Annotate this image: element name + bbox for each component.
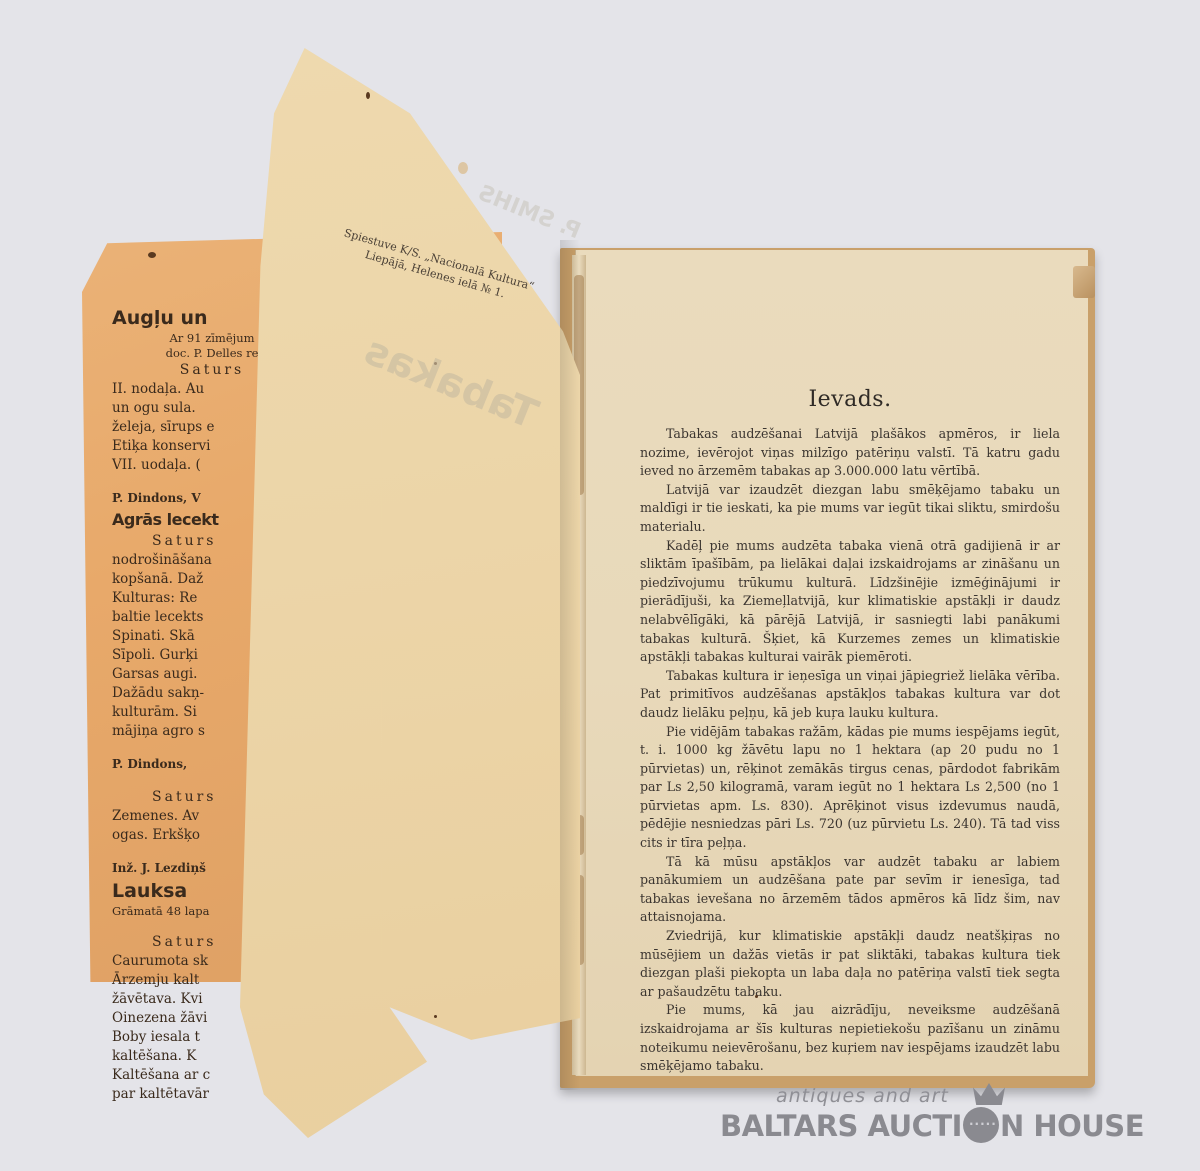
- ink-dot: [755, 995, 758, 998]
- ink-spot: [366, 92, 370, 99]
- dog-eared-corner: [1073, 266, 1095, 298]
- paragraph: Pie mums, kā jau aizrādīju, neveiksme au…: [640, 1001, 1060, 1075]
- page-title: Ievads.: [640, 385, 1060, 415]
- foxing-spot: [458, 162, 468, 174]
- paragraph: Pie vidējām tabakas ražām, kādas pie mum…: [640, 723, 1060, 853]
- intro-page-text: Ievads. Tabakas audzēšanai Latvijā plašā…: [640, 385, 1060, 1076]
- paragraph: Tabakas kultura ir ieņesīga un viņai jāp…: [640, 667, 1060, 723]
- paragraph: Latvijā var izaudzēt diezgan labu smēķēj…: [640, 481, 1060, 537]
- photo-scene: Augļu unAr 91 zīmējumdoc. P. Delles reSa…: [0, 0, 1200, 1171]
- logo-o-icon: [963, 1107, 999, 1143]
- paragraph: Kadēļ pie mums audzēta tabaka vienā otrā…: [640, 537, 1060, 667]
- ink-spot: [148, 252, 156, 258]
- paragraph: Tabakas audzēšanai Latvijā plašākos apmē…: [640, 425, 1060, 481]
- auction-house-watermark: antiques and art BALTARS AUCTIN HOUSE: [720, 1085, 1140, 1165]
- watermark-name: BALTARS AUCTIN HOUSE: [720, 1107, 1144, 1143]
- watermark-tagline: antiques and art: [776, 1085, 949, 1107]
- paragraph: Tā kā mūsu apstākļos var audzēt tabaku a…: [640, 853, 1060, 927]
- page-shadow: [560, 240, 580, 1090]
- ink-dot: [434, 1015, 437, 1018]
- crown-icon: [973, 1083, 1005, 1105]
- paragraph: Zviedrijā, kur klimatiskie apstākļi daud…: [640, 927, 1060, 1001]
